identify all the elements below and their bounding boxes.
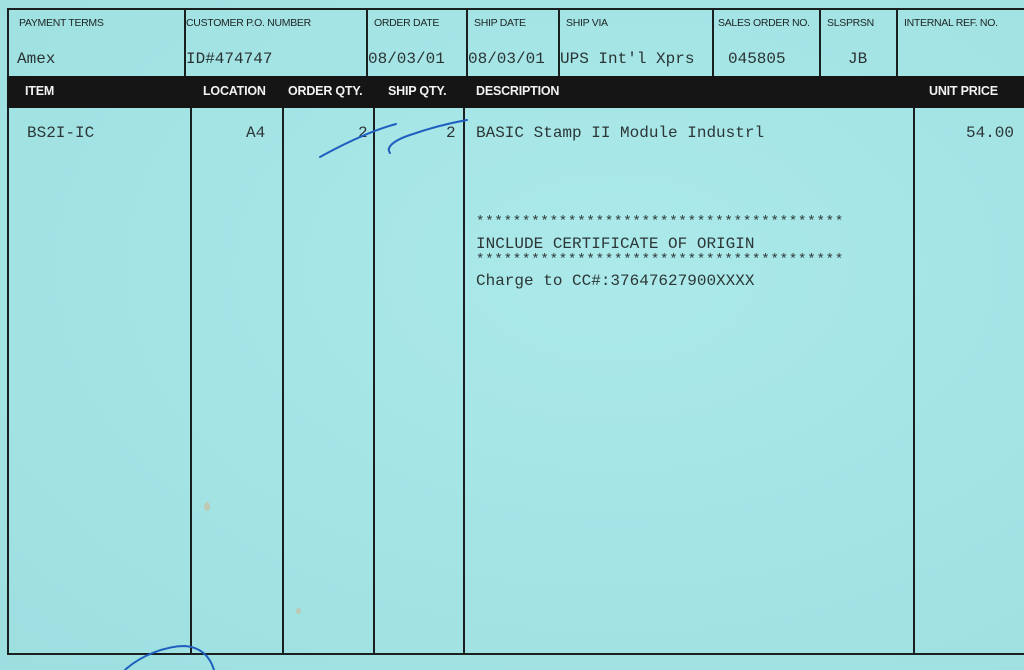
item-order-qty: 2 xyxy=(358,124,368,142)
order-date-cell: ORDER DATE 08/03/01 xyxy=(368,10,468,76)
ship-via-cell: SHIP VIA UPS Int'l Xprs xyxy=(560,10,714,76)
customer-po-value: ID#474747 xyxy=(186,50,272,68)
item-unit-price: 54.00 xyxy=(966,124,1014,142)
ship-date-value: 08/03/01 xyxy=(468,50,545,68)
sales-order-label: SALES ORDER NO. xyxy=(718,17,810,29)
ship-via-label: SHIP VIA xyxy=(566,17,608,29)
salesperson-cell: SLSPRSN JB xyxy=(821,10,898,76)
order-date-value: 08/03/01 xyxy=(368,50,445,68)
order-date-label: ORDER DATE xyxy=(374,17,439,29)
order-info-header: PAYMENT TERMS Amex CUSTOMER P.O. NUMBER … xyxy=(7,8,1024,76)
divider xyxy=(373,108,375,655)
col-ship-qty: SHIP QTY. xyxy=(388,84,446,98)
item-description: BASIC Stamp II Module Industrl xyxy=(476,124,764,142)
salesperson-value: JB xyxy=(848,50,867,68)
payment-terms-label: PAYMENT TERMS xyxy=(19,17,104,29)
line-items-table xyxy=(7,108,1024,655)
col-unit-price: UNIT PRICE xyxy=(929,84,998,98)
payment-terms-value: Amex xyxy=(17,50,55,68)
note-charge: Charge to CC#:37647627900XXXX xyxy=(476,272,754,290)
col-location: LOCATION xyxy=(203,84,266,98)
item-location: A4 xyxy=(246,124,265,142)
note-certificate: INCLUDE CERTIFICATE OF ORIGIN xyxy=(476,235,754,253)
item-code: BS2I-IC xyxy=(27,124,94,142)
sales-order-value: 045805 xyxy=(728,50,786,68)
customer-po-label: CUSTOMER P.O. NUMBER xyxy=(186,17,311,29)
sales-order-cell: SALES ORDER NO. 045805 xyxy=(714,10,821,76)
divider xyxy=(190,108,192,655)
col-item: ITEM xyxy=(25,84,54,98)
col-order-qty: ORDER QTY. xyxy=(288,84,362,98)
divider xyxy=(463,108,465,655)
divider xyxy=(282,108,284,655)
ship-via-value: UPS Int'l Xprs xyxy=(560,50,694,68)
note-separator: **************************************** xyxy=(476,214,844,230)
col-description: DESCRIPTION xyxy=(476,84,559,98)
column-header-bar: ITEM LOCATION ORDER QTY. SHIP QTY. DESCR… xyxy=(7,76,1024,108)
internal-ref-cell: INTERNAL REF. NO. xyxy=(898,10,1024,76)
stain xyxy=(204,502,210,511)
note-separator: **************************************** xyxy=(476,252,844,268)
payment-terms-cell: PAYMENT TERMS Amex xyxy=(9,10,186,76)
customer-po-cell: CUSTOMER P.O. NUMBER ID#474747 xyxy=(186,10,368,76)
salesperson-label: SLSPRSN xyxy=(827,17,874,29)
stain xyxy=(296,608,301,614)
ship-date-label: SHIP DATE xyxy=(474,17,526,29)
internal-ref-label: INTERNAL REF. NO. xyxy=(904,17,998,29)
invoice-page: PAYMENT TERMS Amex CUSTOMER P.O. NUMBER … xyxy=(0,0,1024,670)
item-ship-qty: 2 xyxy=(446,124,456,142)
ship-date-cell: SHIP DATE 08/03/01 xyxy=(468,10,560,76)
divider xyxy=(913,108,915,655)
